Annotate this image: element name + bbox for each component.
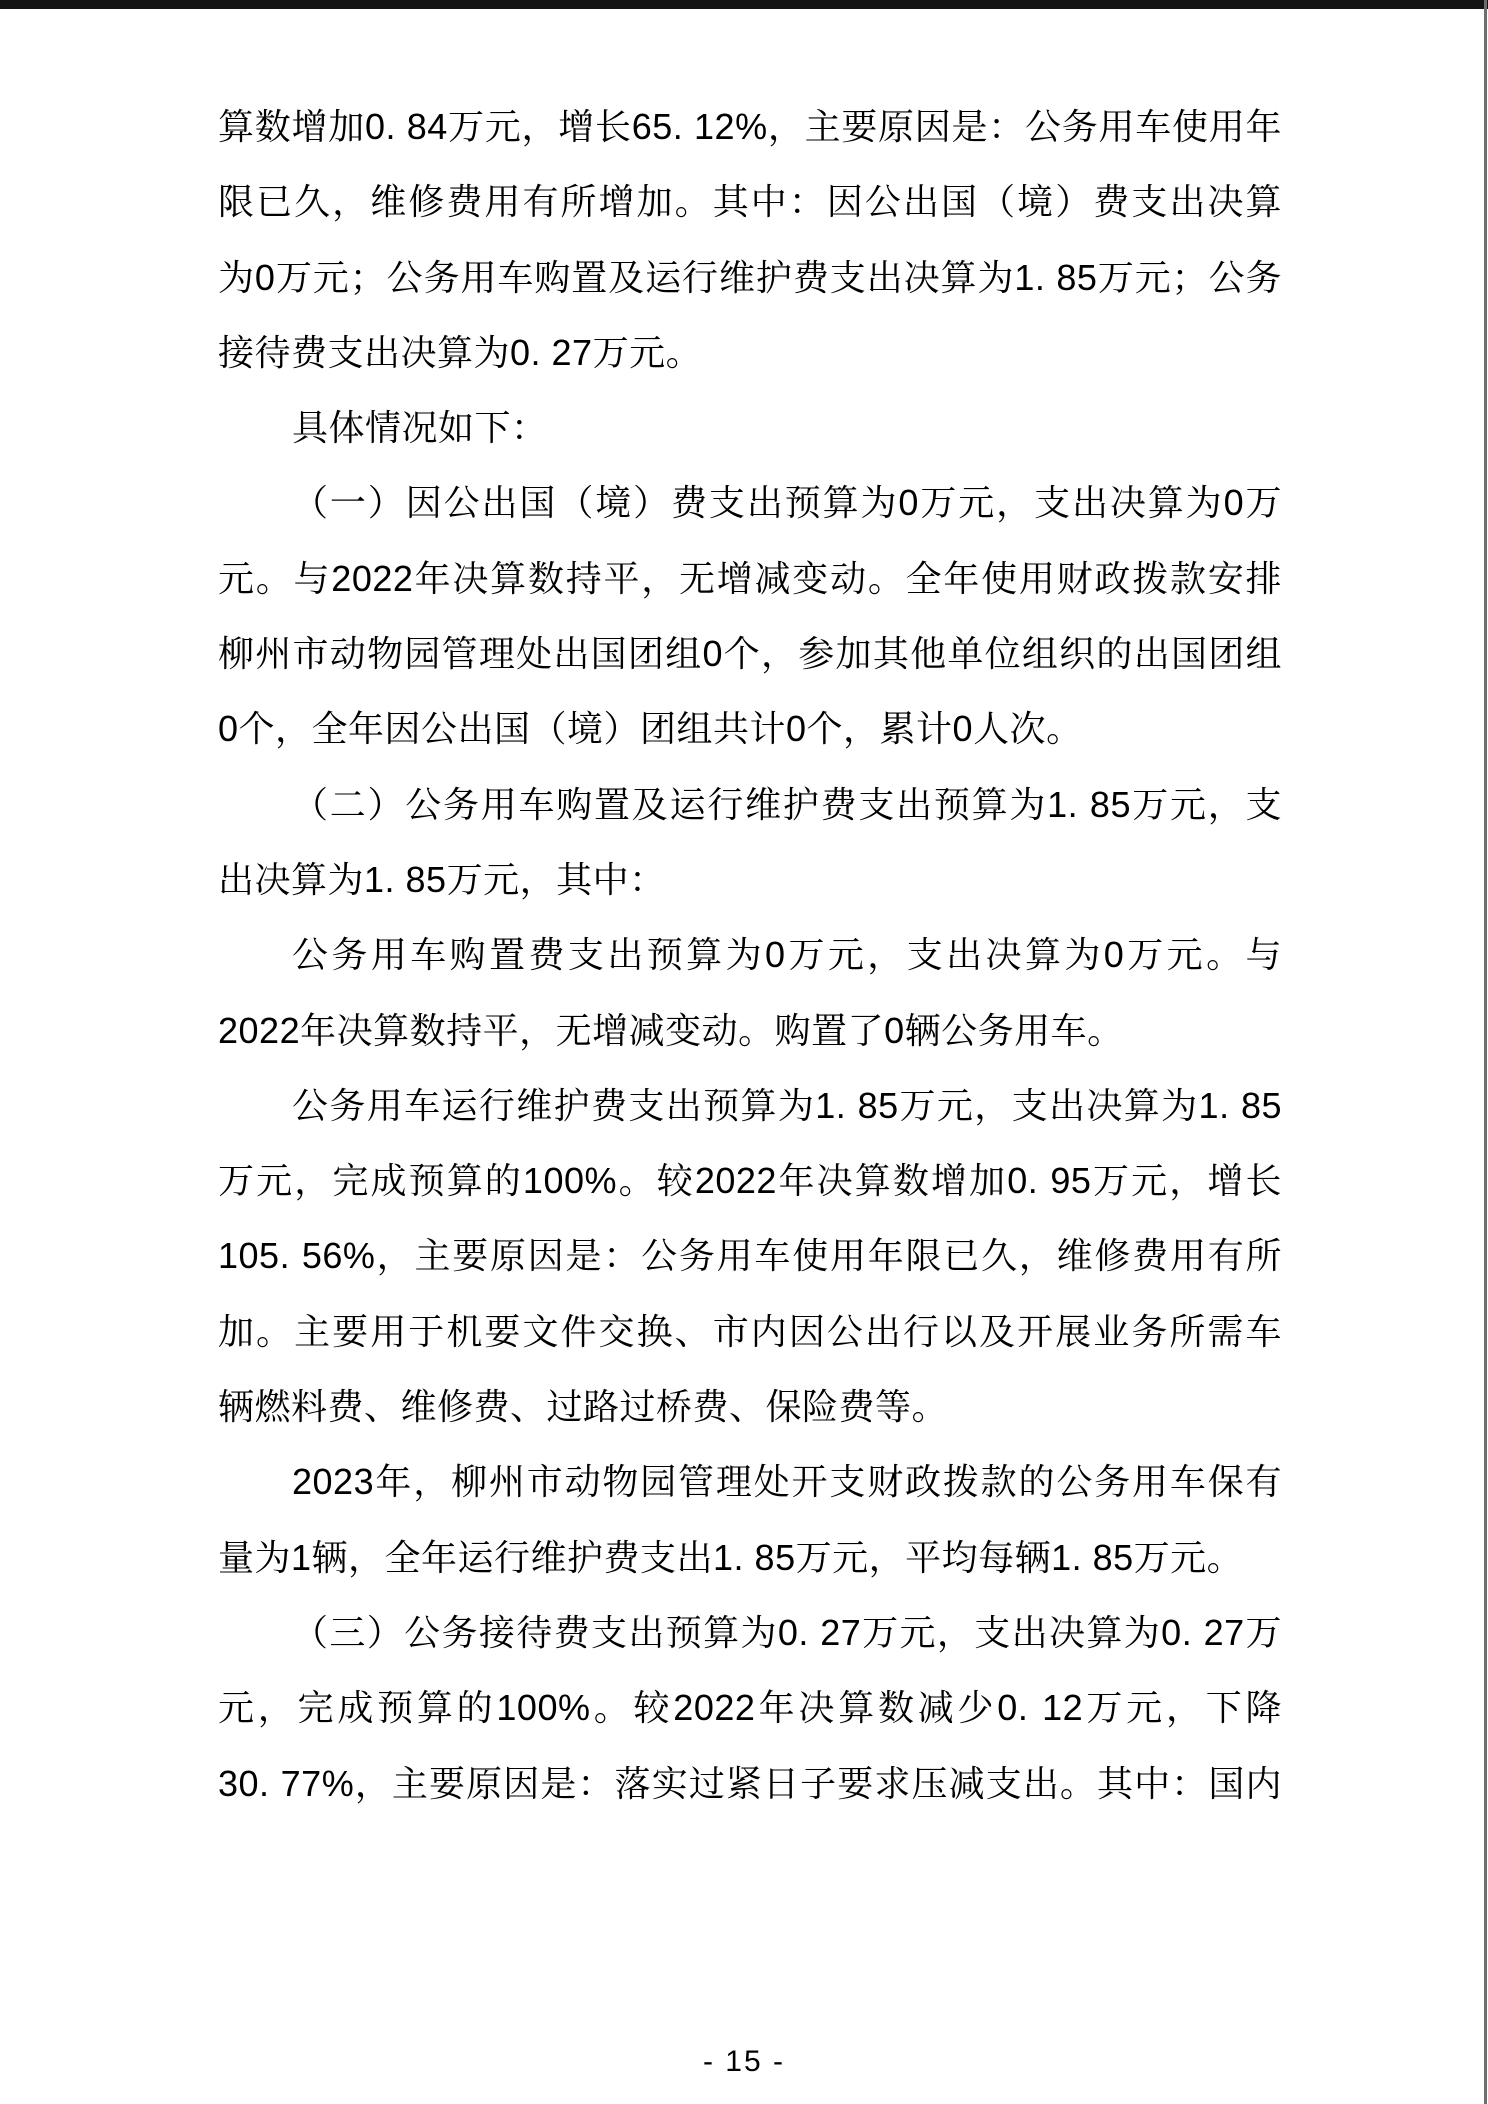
text-line: 具体情况如下： bbox=[218, 390, 1282, 465]
text-line: 105. 56%，主要原因是：公务用车使用年限已久，维修费用有所增 bbox=[218, 1218, 1282, 1293]
text-line: 量为1辆，全年运行维护费支出1. 85万元，平均每辆1. 85万元。 bbox=[218, 1520, 1282, 1595]
text-line: 公务用车运行维护费支出预算为1. 85万元，支出决算为1. 85 bbox=[218, 1068, 1282, 1143]
text-line: 0个，全年因公出国（境）团组共计0个，累计0人次。 bbox=[218, 691, 1282, 766]
text-line: 加。主要用于机要文件交换、市内因公出行以及开展业务所需车 bbox=[218, 1294, 1282, 1369]
text-line: （一）因公出国（境）费支出预算为0万元，支出决算为0万 bbox=[218, 465, 1282, 540]
page-right-border bbox=[1484, 0, 1487, 2104]
document-body: 算数增加0. 84万元，增长65. 12%，主要原因是：公务用车使用年限已久，维… bbox=[218, 89, 1282, 1821]
page-top-border bbox=[0, 0, 1488, 9]
text-line: 30. 77%，主要原因是：落实过紧日子要求压减支出。其中：国内 bbox=[218, 1746, 1282, 1821]
text-line: 2022年决算数持平，无增减变动。购置了0辆公务用车。 bbox=[218, 993, 1282, 1068]
text-line: 元，完成预算的100%。较2022年决算数减少0. 12万元，下降 bbox=[218, 1670, 1282, 1745]
text-line: 柳州市动物园管理处出国团组0个，参加其他单位组织的出国团组 bbox=[218, 616, 1282, 691]
text-line: 限已久，维修费用有所增加。其中：因公出国（境）费支出决算 bbox=[218, 164, 1282, 239]
text-line: 辆燃料费、维修费、过路过桥费、保险费等。 bbox=[218, 1369, 1282, 1444]
text-line: 2023年，柳州市动物园管理处开支财政拨款的公务用车保有 bbox=[218, 1444, 1282, 1519]
text-line: 接待费支出决算为0. 27万元。 bbox=[218, 315, 1282, 390]
text-line: 公务用车购置费支出预算为0万元，支出决算为0万元。与 bbox=[218, 917, 1282, 992]
page-number: - 15 - bbox=[0, 2042, 1488, 2082]
text-line: 为0万元；公务用车购置及运行维护费支出决算为1. 85万元；公务 bbox=[218, 240, 1282, 315]
text-line: （二）公务用车购置及运行维护费支出预算为1. 85万元，支 bbox=[218, 767, 1282, 842]
text-line: （三）公务接待费支出预算为0. 27万元，支出决算为0. 27万 bbox=[218, 1595, 1282, 1670]
text-line: 万元，完成预算的100%。较2022年决算数增加0. 95万元，增长 bbox=[218, 1143, 1282, 1218]
text-line: 出决算为1. 85万元，其中： bbox=[218, 842, 1282, 917]
text-line: 元。与2022年决算数持平，无增减变动。全年使用财政拨款安排 bbox=[218, 541, 1282, 616]
text-line: 算数增加0. 84万元，增长65. 12%，主要原因是：公务用车使用年 bbox=[218, 89, 1282, 164]
